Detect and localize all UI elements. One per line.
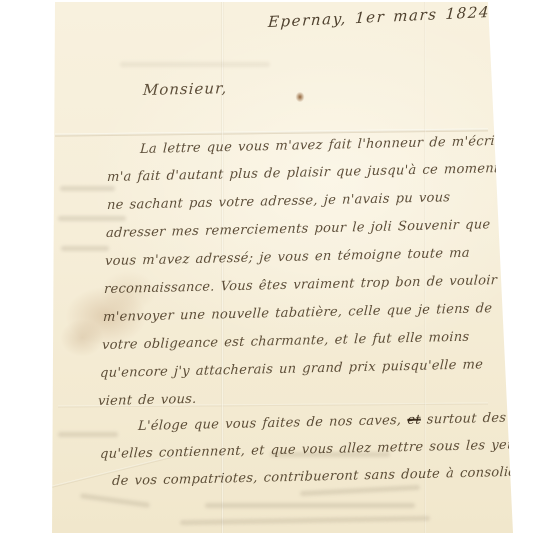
letter-photo: Epernay, 1er mars 1824. Monsieur, La let… (0, 0, 533, 533)
letter-line: de vos compatriotes, contribueront sans … (112, 464, 532, 489)
show-through-text (58, 216, 126, 221)
show-through-text (60, 186, 115, 191)
letter-page: Epernay, 1er mars 1824. Monsieur, La let… (0, 0, 533, 533)
dateline: Epernay, 1er mars 1824. (267, 3, 496, 31)
show-through-text (80, 493, 150, 508)
letter-line: votre obligeance est charmante, et le fu… (102, 330, 470, 353)
letter-line: m'a fait d'autant plus de plaisir que ju… (107, 161, 505, 185)
letter-line: ne sachant pas votre adresse, je n'avais… (107, 190, 451, 213)
letter-line: reconnaissance. Vous êtes vraiment trop … (104, 273, 498, 297)
letter-line: La lettre que vous m'avez fait l'honneur… (140, 134, 510, 157)
letter-line: adresser mes remerciements pour le joli … (106, 217, 491, 241)
letter-line: vient de vous. (98, 392, 197, 409)
letter-line: qu'encore j'y attacherais un grand prix … (100, 357, 484, 381)
show-through-text (180, 516, 430, 525)
show-through-text (300, 485, 420, 496)
show-through-text (58, 432, 118, 437)
salutation: Monsieur, (143, 79, 228, 99)
letter-line: m'envoyer une nouvelle tabatière, celle … (103, 301, 493, 325)
show-through-text (61, 246, 109, 251)
letter-text: surtout des vins (421, 410, 533, 428)
letter-line: qu'elles contiennent, et que vous allez … (100, 437, 524, 462)
strikethrough-word: et (407, 413, 421, 428)
letter-line: vous m'avez adressé; je vous en témoigne… (105, 246, 471, 269)
letter-line: L'éloge que vous faites de nos caves, et… (138, 410, 533, 434)
show-through-text (120, 62, 270, 67)
show-through-text (205, 503, 415, 508)
letter-text: L'éloge que vous faites de nos caves, (138, 413, 408, 434)
